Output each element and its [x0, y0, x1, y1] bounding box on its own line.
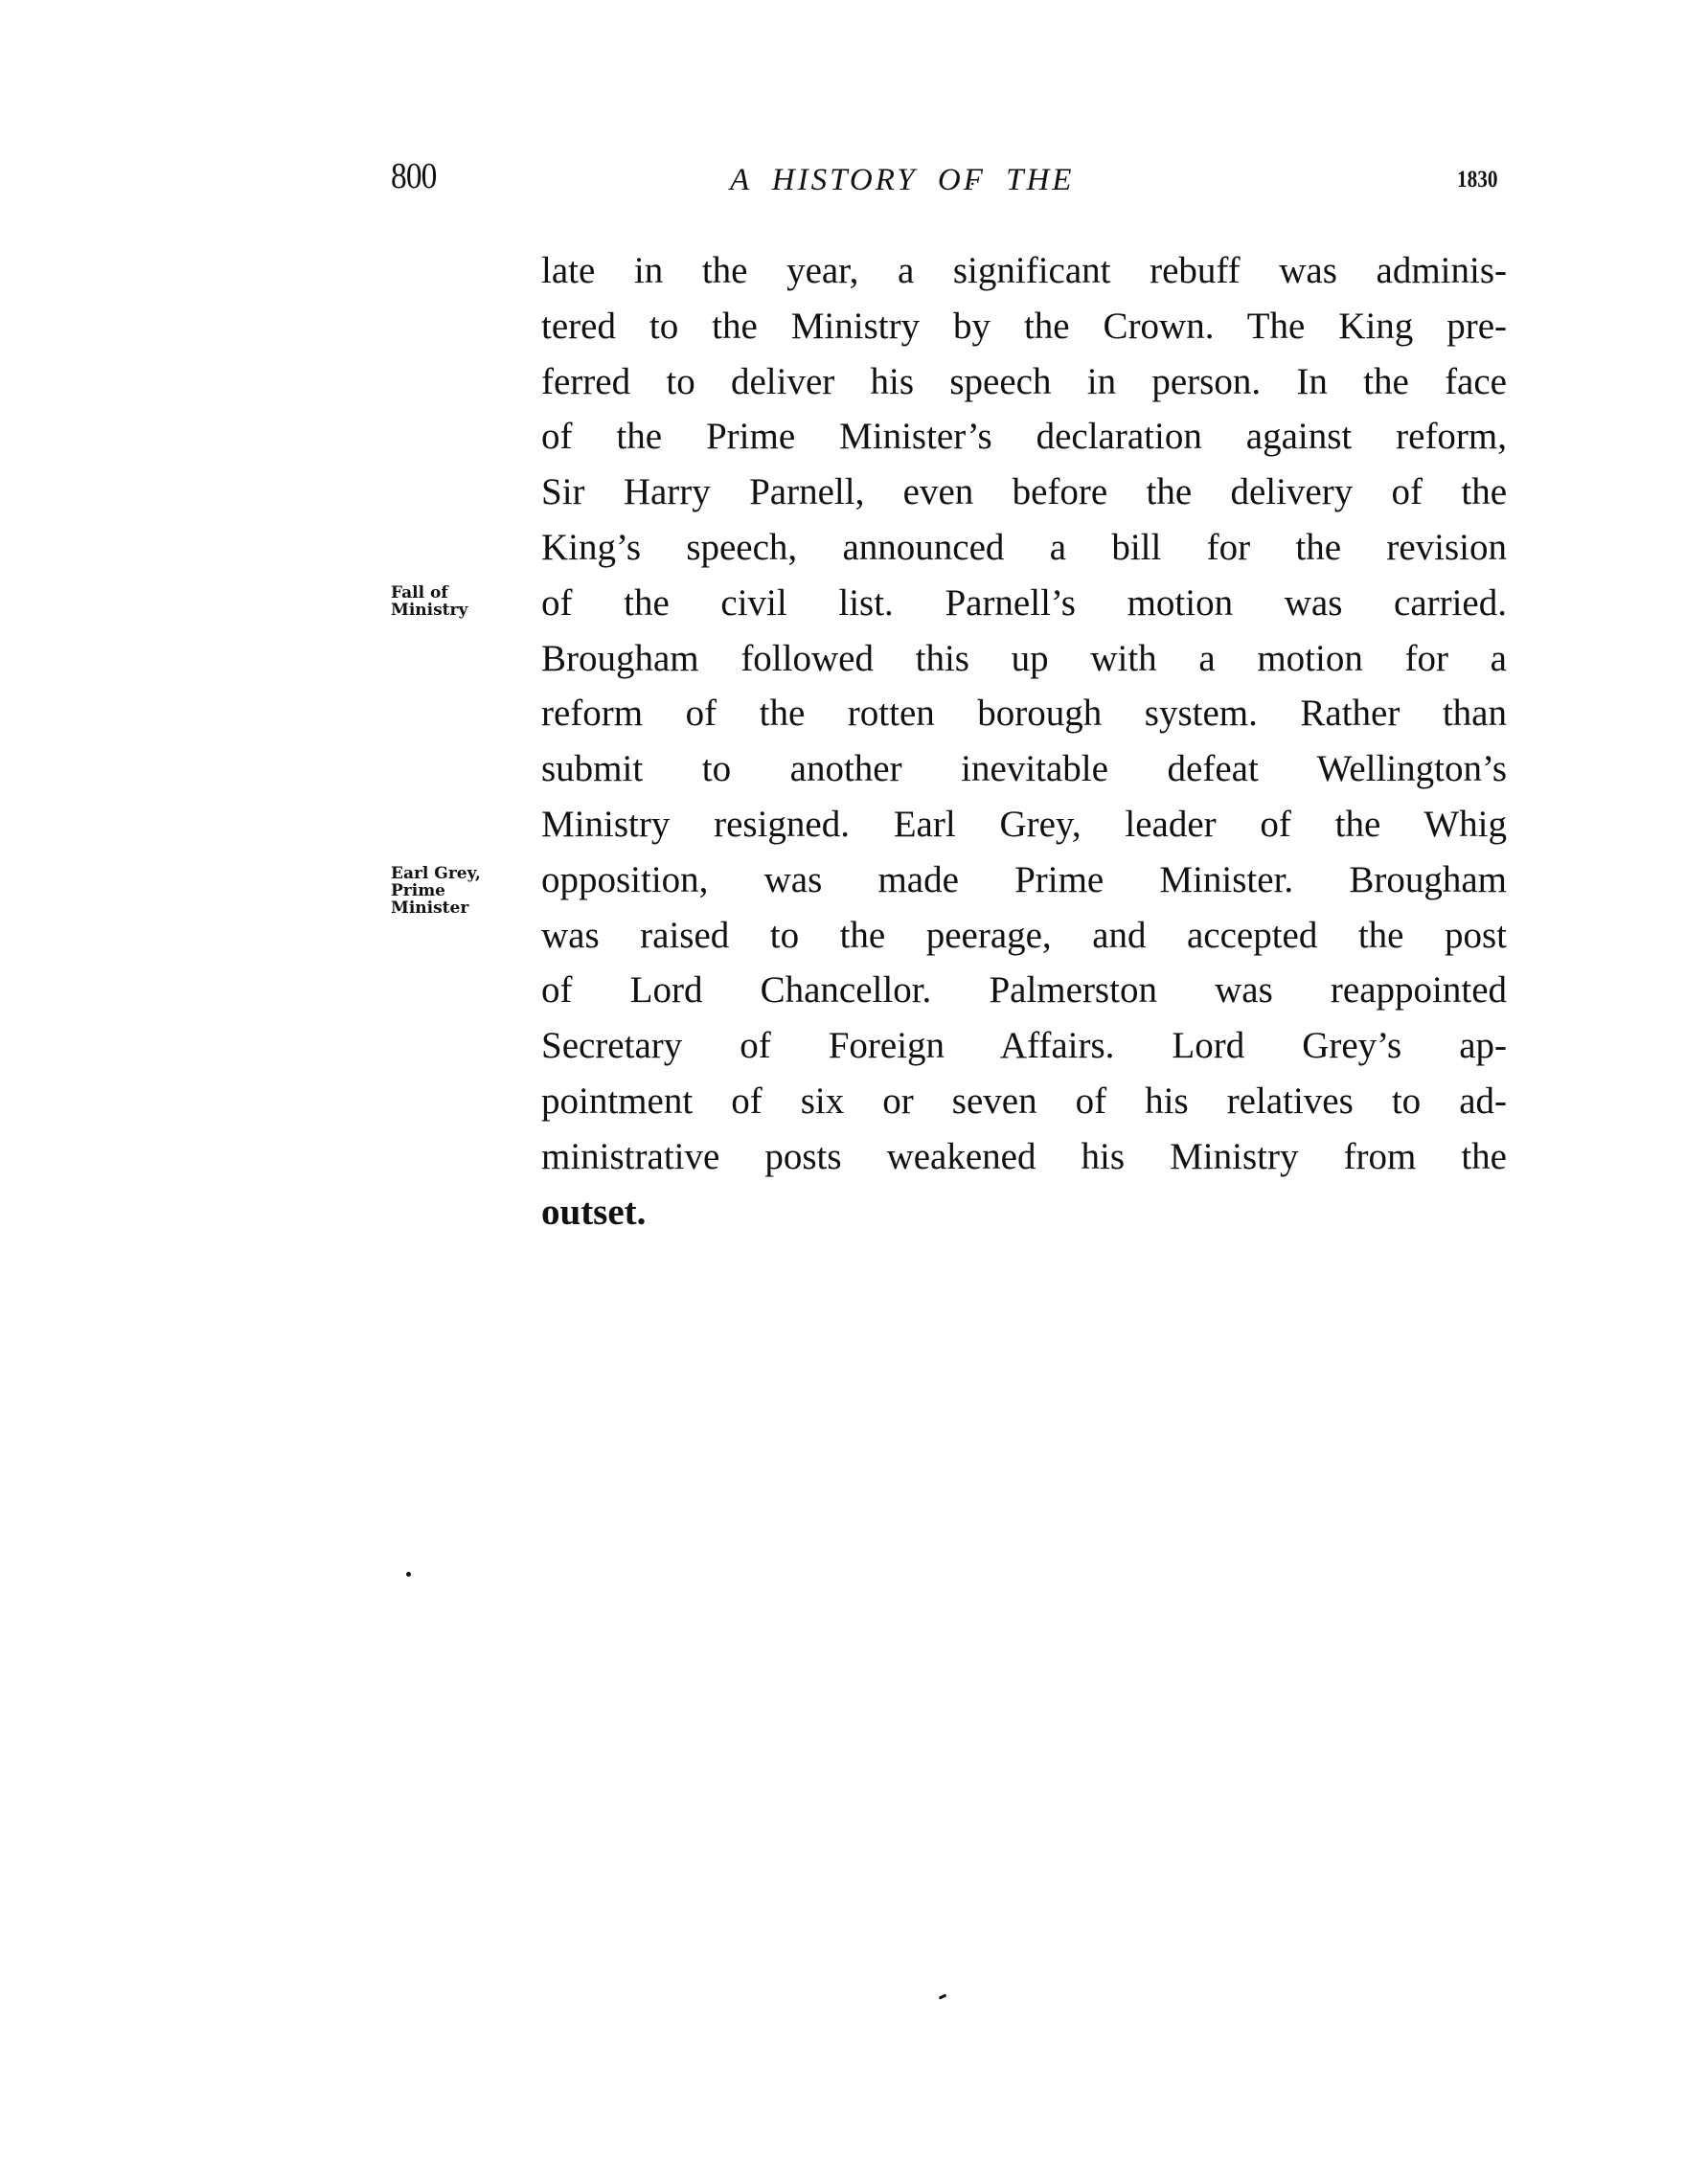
text-line: opposition, was made Prime Minister. Bro…: [541, 853, 1507, 908]
text-line: Ministry resigned. Earl Grey, leader of …: [541, 797, 1507, 853]
text-line: ferred to deliver his speech in person. …: [541, 354, 1507, 410]
text-line: pointment of six or seven of his relativ…: [541, 1074, 1507, 1129]
text-line: reform of the rotten borough system. Rat…: [541, 686, 1507, 741]
body-paragraph: late in the year, a significant rebuff w…: [541, 243, 1507, 1239]
text-line: King’s speech, announced a bill for the …: [541, 520, 1507, 576]
scan-speck-dash: [939, 1993, 947, 1999]
margin-note-line: Ministry: [391, 602, 467, 619]
page-number: 800: [391, 155, 437, 197]
text-line: Brougham followed this up with a motion …: [541, 631, 1507, 687]
text-line: late in the year, a significant rebuff w…: [541, 243, 1507, 299]
book-page: 800 A HISTORY OF THE . 1830 Fall of Mini…: [0, 0, 1708, 2160]
text-line: submit to another inevitable defeat Well…: [541, 741, 1507, 797]
text-line: of the civil list. Parnell’s motion was …: [541, 576, 1507, 631]
margin-note-line: Earl Grey,: [391, 865, 481, 882]
margin-note-line: Prime: [391, 882, 481, 899]
text-line: of Lord Chancellor. Palmerston was reapp…: [541, 963, 1507, 1018]
text-line: tered to the Ministry by the Crown. The …: [541, 299, 1507, 354]
margin-note-line: Minister: [391, 899, 481, 917]
running-title: A HISTORY OF THE: [730, 163, 1074, 198]
text-line: ministrative posts weakened his Ministry…: [541, 1129, 1507, 1185]
text-line: Sir Harry Parnell, even before the deliv…: [541, 465, 1507, 520]
text-line: Secretary of Foreign Affairs. Lord Grey’…: [541, 1018, 1507, 1074]
margin-note-earl-grey-prime-minister: Earl Grey, Prime Minister: [391, 865, 481, 917]
margin-note-fall-of-ministry: Fall of Ministry: [391, 584, 467, 619]
text-line: was raised to the peerage, and accepted …: [541, 908, 1507, 964]
text-line: of the Prime Minister’s declaration agai…: [541, 409, 1507, 465]
running-year: 1830: [1457, 167, 1498, 193]
scan-speck-dot: [406, 1572, 411, 1577]
header-stray-mark: .: [969, 167, 975, 190]
margin-note-line: Fall of: [391, 584, 467, 602]
running-header: 800 A HISTORY OF THE . 1830: [0, 153, 1708, 195]
text-line-final: outset.: [541, 1185, 1507, 1240]
